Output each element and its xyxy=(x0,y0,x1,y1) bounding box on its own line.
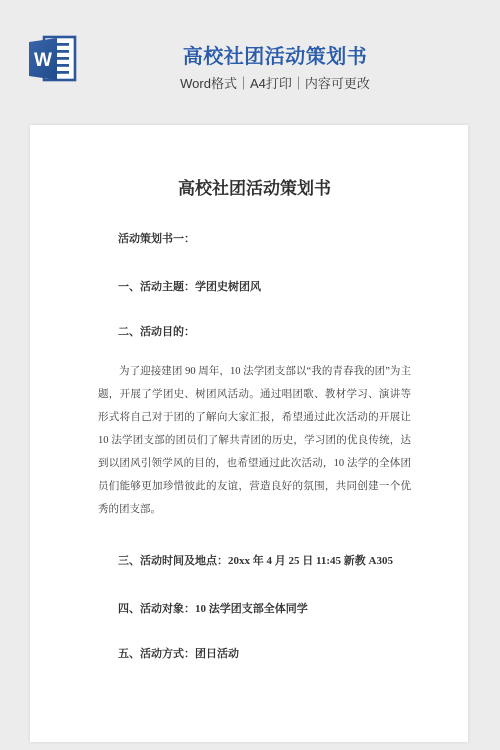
listing-title: 高校社团活动策划书 xyxy=(90,44,460,70)
section-purpose-paragraph: 为了迎接建团 90 周年，10 法学团支部以“我的青春我的团”为主题，开展了学团… xyxy=(98,360,411,521)
section-time-place: 三、活动时间及地点：20xx 年 4 月 25 日 11:45 新教 A305 xyxy=(98,553,411,569)
header-text-block: 高校社团活动策划书 Word格式｜A4打印｜内容可更改 xyxy=(90,44,460,92)
page-canvas: W 高校社团活动策划书 Word格式｜A4打印｜内容可更改 高校社团活动策划书 … xyxy=(0,0,500,750)
svg-text:W: W xyxy=(34,50,52,71)
document-title: 高校社团活动策划书 xyxy=(98,177,411,201)
section-audience: 四、活动对象：10 法学团支部全体同学 xyxy=(98,601,411,617)
listing-subtitle: Word格式｜A4打印｜内容可更改 xyxy=(90,75,460,92)
document-content: 高校社团活动策划书 活动策划书一： 一、活动主题：学团史树团风 二、活动目的： … xyxy=(30,125,468,662)
plan-lead-heading: 活动策划书一： xyxy=(98,231,411,247)
document-preview-page: 高校社团活动策划书 活动策划书一： 一、活动主题：学团史树团风 二、活动目的： … xyxy=(30,125,468,742)
section-theme: 一、活动主题：学团史树团风 xyxy=(98,279,411,295)
section-purpose-heading: 二、活动目的： xyxy=(98,324,411,340)
word-logo-icon: W xyxy=(27,35,77,83)
section-method: 五、活动方式：团日活动 xyxy=(98,646,411,662)
